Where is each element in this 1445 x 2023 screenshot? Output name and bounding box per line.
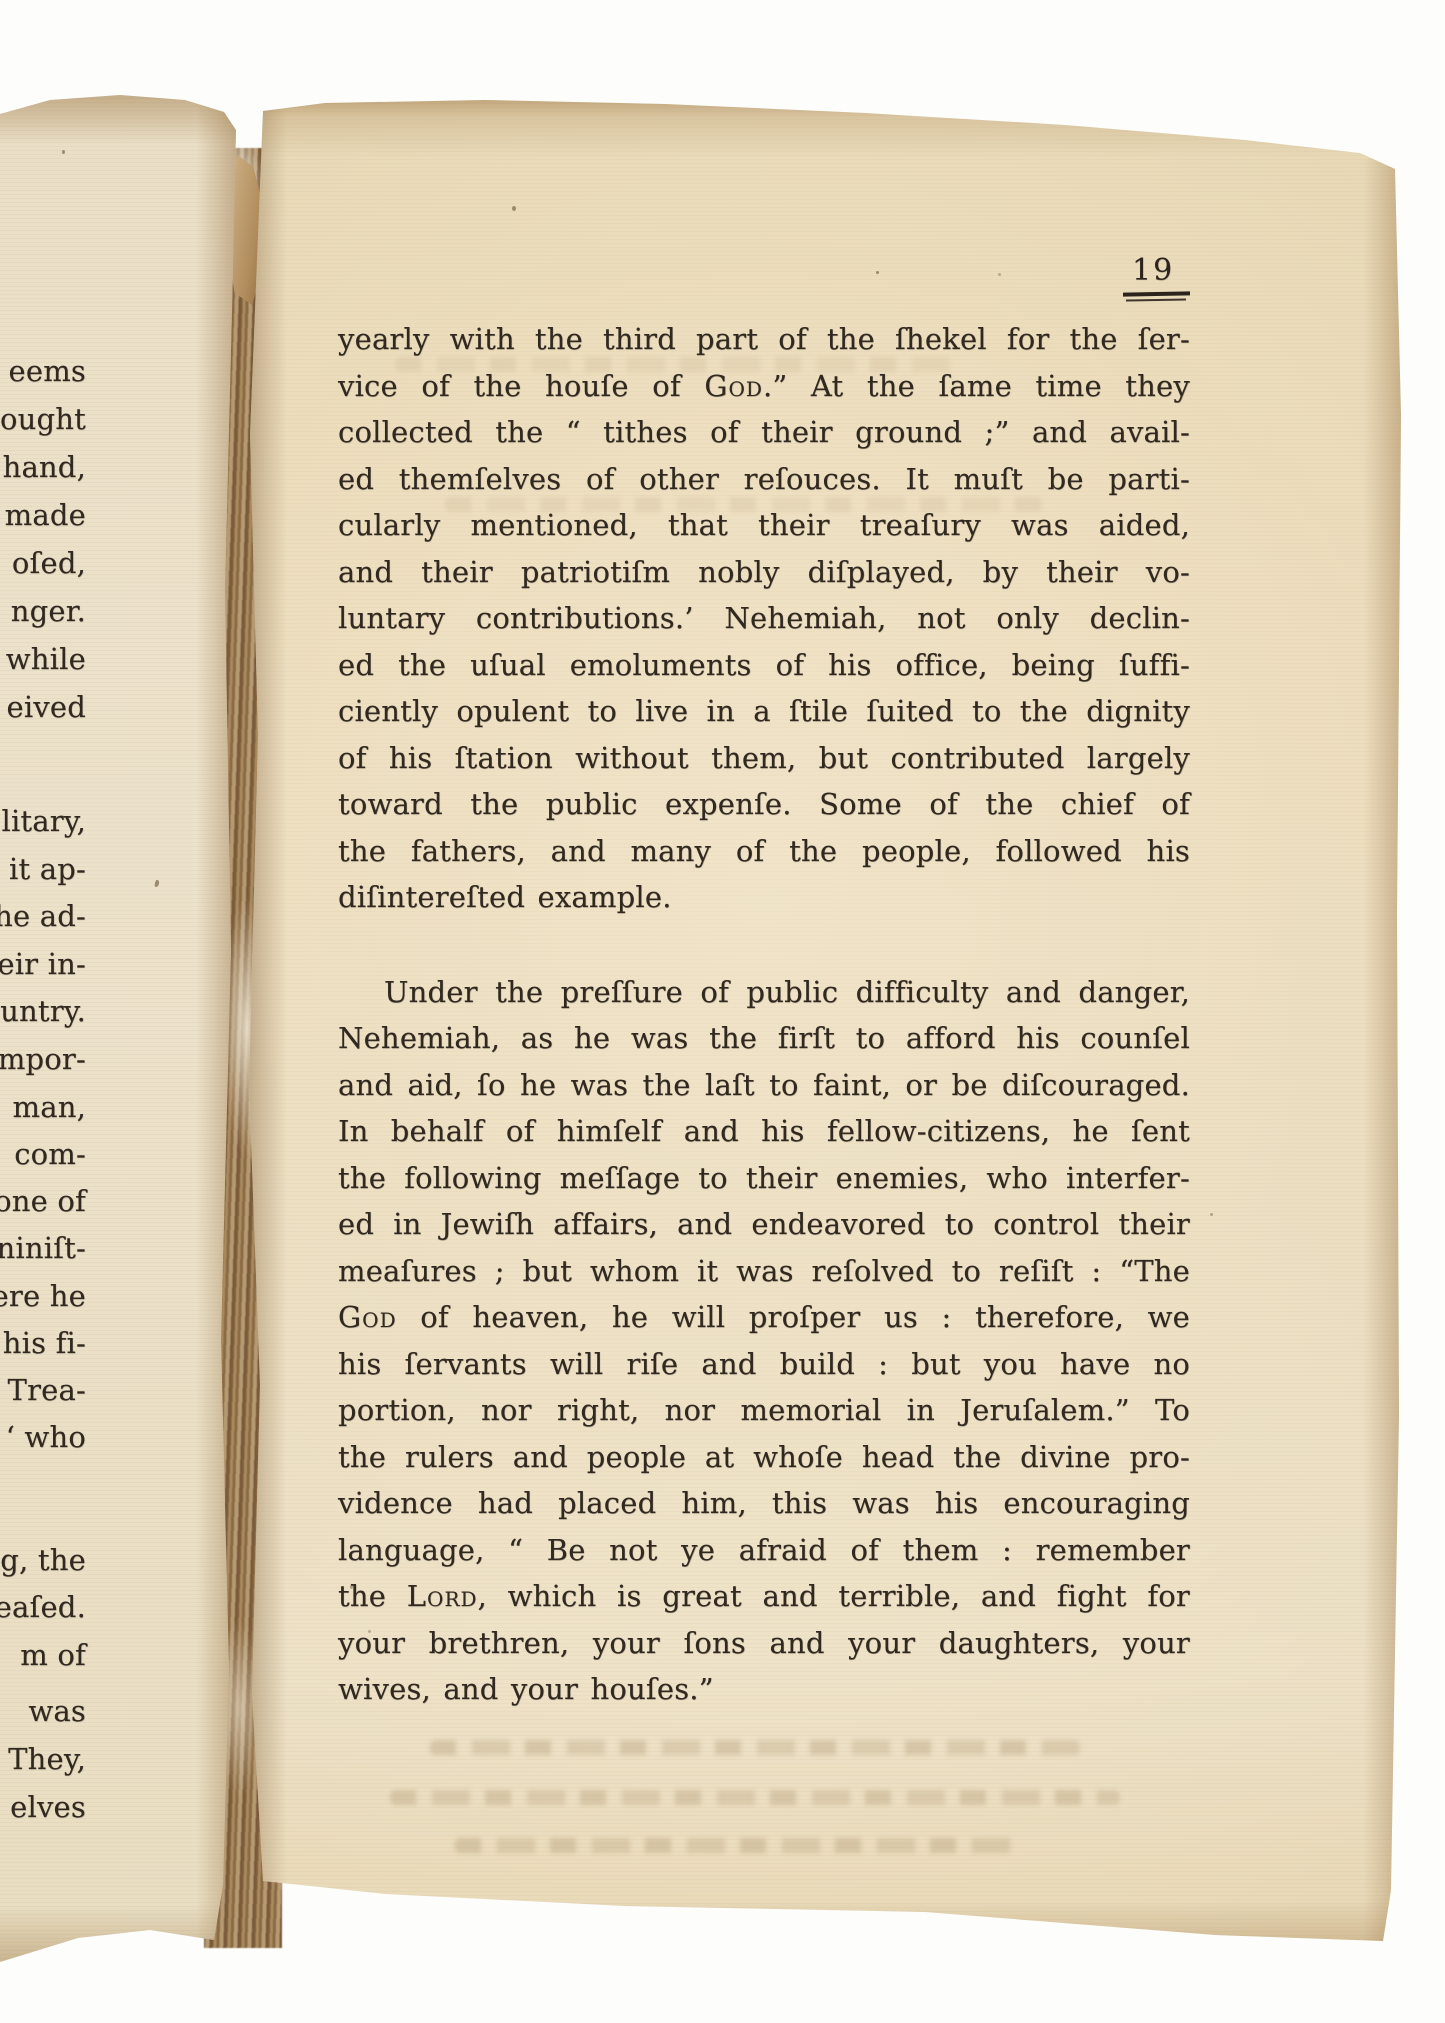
text-segment: wives, and your houſes.” — [338, 1672, 714, 1706]
show-through-ghost — [445, 497, 1045, 512]
text-segment: ciently opulent to live in a ſtile ſuite… — [338, 694, 1190, 728]
left-page-fragment: one of — [0, 1178, 86, 1224]
right-page: 19 yearly with the third part of the ſhe… — [235, 95, 1405, 1955]
text-line: ciently opulent to live in a ſtile ſuite… — [338, 688, 1190, 735]
text-line: Nehemiah, as he was the firſt to afford … — [338, 1015, 1190, 1062]
text-segment: diſintereſted example. — [338, 880, 672, 914]
show-through-ghost — [455, 1838, 1015, 1853]
text-segment: the rulers and people at whoſe head the … — [338, 1440, 1190, 1474]
text-line: God of heaven, he will proſper us : ther… — [338, 1294, 1190, 1341]
text-segment: your brethren, your ſons and your daught… — [338, 1626, 1190, 1660]
text-segment: the — [338, 1579, 407, 1613]
left-page-fragment: ‘ who — [6, 1414, 86, 1460]
text-line: the fathers, and many of the people, fol… — [338, 828, 1190, 875]
left-page-fragment: Trea- — [8, 1367, 86, 1413]
text-segment: Nehemiah, as he was the firſt to afford … — [338, 1021, 1190, 1055]
text-segment: ed the uſual emoluments of his office, b… — [338, 648, 1190, 682]
left-page-fragment: while — [6, 636, 86, 682]
text-line: ed in Jewiſh affairs, and endeavored to … — [338, 1201, 1190, 1248]
left-page-fragment: eived — [6, 684, 86, 730]
text-line: vidence had placed him, this was his enc… — [338, 1480, 1190, 1527]
text-segment: In behalf of himſelf and his fellow-citi… — [338, 1114, 1190, 1148]
page-number: 19 — [1132, 253, 1212, 288]
text-line: luntary contributions.’ Nehemiah, not on… — [338, 595, 1190, 642]
left-page-fragment: eir in- — [0, 941, 86, 987]
text-segment: .” At the ſame time they — [763, 369, 1190, 403]
paper-speck — [876, 271, 879, 274]
left-page-fragment: he ad- — [0, 893, 86, 939]
paper-speck — [62, 150, 65, 154]
left-page-fragment: ought — [0, 396, 86, 442]
text-line: and their patriotiſm nobly diſplayed, by… — [338, 549, 1190, 596]
left-page-fragment: m of — [20, 1632, 86, 1678]
text-segment: and aid, ſo he was the laſt to faint, or… — [338, 1068, 1190, 1102]
left-page-fragment: eaſed. — [0, 1584, 86, 1630]
page-number-rule — [1126, 298, 1186, 301]
text-line: Under the preſſure of public difficulty … — [338, 969, 1190, 1016]
text-segment: yearly with the third part of the ſhekel… — [338, 322, 1190, 356]
left-page-fragment: his fi- — [3, 1320, 86, 1366]
text-segment: collected the “ tithes of their ground ;… — [338, 415, 1190, 449]
paper-speck — [350, 1585, 353, 1589]
text-segment: and their patriotiſm nobly diſplayed, by… — [338, 555, 1190, 589]
text-segment: cularly mentioned, that their treaſury w… — [338, 508, 1190, 542]
text-segment: , which is great and terrible, and fight… — [478, 1579, 1190, 1613]
text-segment: of heaven, he will proſper us : therefor… — [397, 1300, 1190, 1334]
text-segment: ed in Jewiſh affairs, and endeavored to … — [338, 1207, 1190, 1241]
text-line: In behalf of himſelf and his fellow-citi… — [338, 1108, 1190, 1155]
text-segment: portion, nor right, nor memorial in Jeru… — [338, 1393, 1190, 1427]
text-line: toward the public expenſe. Some of the c… — [338, 781, 1190, 828]
text-segment: of his ſtation without them, but contrib… — [338, 741, 1190, 775]
text-line: the following meſſage to their enemies, … — [338, 1155, 1190, 1202]
text-segment: meaſures ; but whom it was reſolved to r… — [338, 1254, 1190, 1288]
left-page-fragment: man, — [13, 1084, 86, 1130]
text-line: collected the “ tithes of their ground ;… — [338, 409, 1190, 456]
paper-speck — [1210, 1213, 1213, 1216]
text-line: your brethren, your ſons and your daught… — [338, 1620, 1190, 1667]
left-page-fragment: untry. — [0, 988, 86, 1034]
text-segment: the fathers, and many of the people, fol… — [338, 834, 1190, 868]
small-caps-word: God — [338, 1300, 397, 1334]
text-line: wives, and your houſes.” — [338, 1666, 1190, 1713]
left-page-fragment: litary, — [1, 798, 86, 844]
left-page: eemsoughthand,madeoſed,nger.whileeivedli… — [0, 90, 240, 1965]
text-segment: the following meſſage to their enemies, … — [338, 1161, 1190, 1195]
paragraph: yearly with the third part of the ſhekel… — [338, 316, 1190, 921]
left-page-fragment: niniſt- — [0, 1225, 86, 1271]
text-line: and aid, ſo he was the laſt to faint, or… — [338, 1062, 1190, 1109]
small-caps-word: Lord — [407, 1579, 478, 1613]
text-line: meaſures ; but whom it was reſolved to r… — [338, 1248, 1190, 1295]
text-line: diſintereſted example. — [338, 874, 1190, 921]
text-segment: vidence had placed him, this was his enc… — [338, 1486, 1190, 1520]
left-page-fragment: eems — [8, 348, 86, 394]
left-page-fragment: oſed, — [12, 540, 86, 586]
text-line: ed themſelves of other reſouces. It muſt… — [338, 456, 1190, 503]
left-page-fragment: nger. — [11, 588, 86, 634]
text-line: ed the uſual emoluments of his office, b… — [338, 642, 1190, 689]
left-page-fragment: ere he — [0, 1273, 86, 1319]
left-page-fragment: com- — [14, 1131, 86, 1177]
text-line: the Lord, which is great and terrible, a… — [338, 1573, 1190, 1620]
left-page-fragment: elves — [10, 1784, 86, 1830]
left-page-fragment: was — [28, 1688, 86, 1734]
text-segment: vice of the houſe of — [338, 369, 704, 403]
text-segment: language, “ Be not ye afraid of them : r… — [338, 1533, 1190, 1567]
text-line: language, “ Be not ye afraid of them : r… — [338, 1527, 1190, 1574]
page-number-rule — [1123, 291, 1190, 296]
text-line: of his ſtation without them, but contrib… — [338, 735, 1190, 782]
show-through-ghost — [395, 357, 955, 372]
text-segment: his ſervants will riſe and build : but y… — [338, 1347, 1190, 1381]
paper-speck — [368, 1630, 371, 1633]
text-line: portion, nor right, nor memorial in Jeru… — [338, 1387, 1190, 1434]
text-line: his ſervants will riſe and build : but y… — [338, 1341, 1190, 1388]
left-page-fragment: made — [5, 492, 86, 538]
left-page-fragment: it ap- — [9, 846, 86, 892]
text-line: yearly with the third part of the ſhekel… — [338, 316, 1190, 363]
show-through-ghost — [430, 1740, 1080, 1755]
text-line: the rulers and people at whoſe head the … — [338, 1434, 1190, 1481]
paragraph: Under the preſſure of public difficulty … — [338, 969, 1190, 1713]
text-segment: luntary contributions.’ Nehemiah, not on… — [338, 601, 1190, 635]
left-page-fragment: They, — [8, 1736, 86, 1782]
text-segment: Under the preſſure of public difficulty … — [384, 975, 1190, 1009]
left-page-fragment: g, the — [0, 1537, 86, 1583]
text-segment: toward the public expenſe. Some of the c… — [338, 787, 1190, 821]
paper-speck — [998, 273, 1001, 276]
show-through-ghost — [390, 1790, 1120, 1805]
small-caps-word: God — [704, 369, 763, 403]
text-segment: ed themſelves of other reſouces. It muſt… — [338, 462, 1190, 496]
page-text: yearly with the third part of the ſhekel… — [338, 316, 1190, 1713]
left-page-fragment: mpor- — [0, 1036, 86, 1082]
paper-speck — [512, 206, 516, 211]
left-page-fragment: hand, — [3, 444, 86, 490]
